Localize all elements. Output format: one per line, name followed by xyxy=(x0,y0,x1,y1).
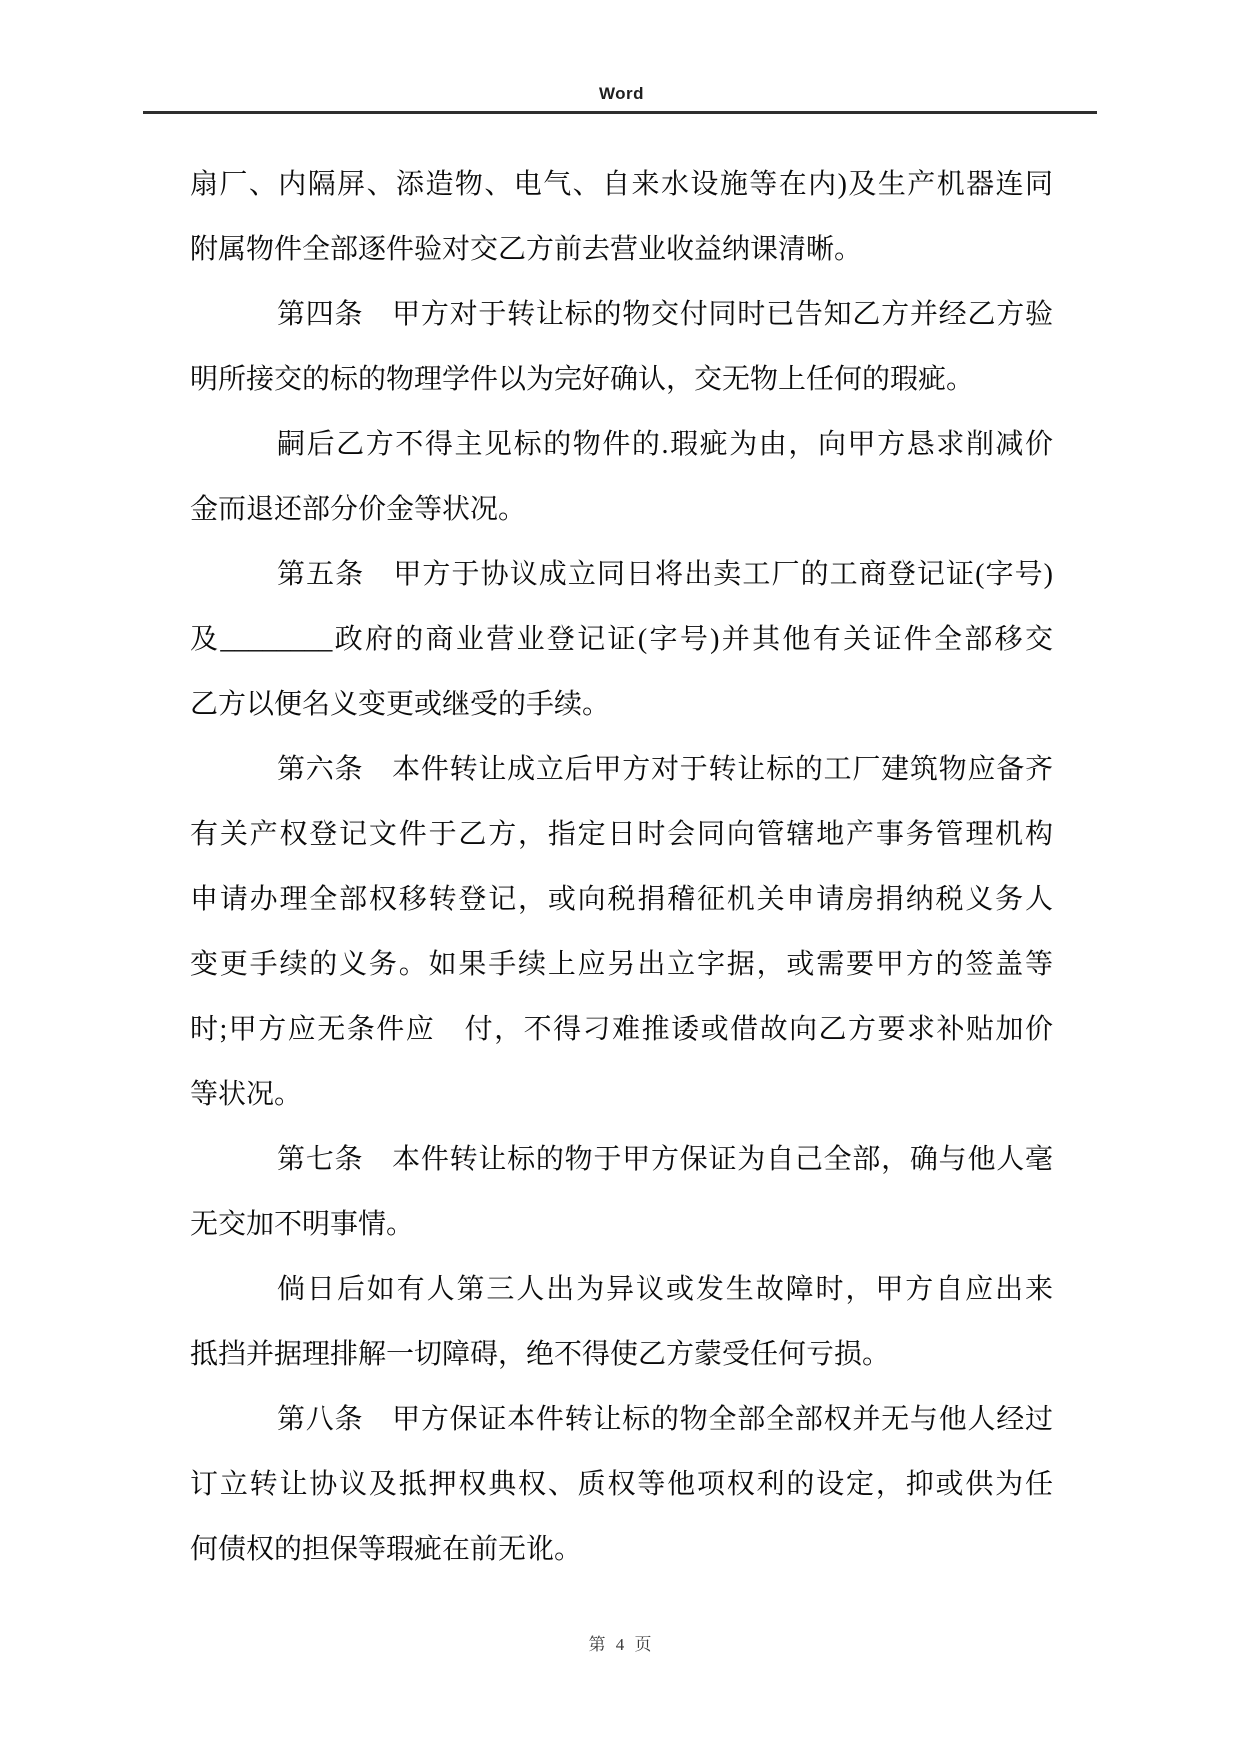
text-line: 变更手续的义务。如果手续上应另出立字据，或需要甲方的签盖等 xyxy=(190,932,1053,997)
text-line: 有关产权登记文件于乙方，指定日时会同向管辖地产事务管理机构 xyxy=(190,802,1053,867)
text-line: 何债权的担保等瑕疵在前无讹。 xyxy=(190,1517,1053,1582)
text-line: 倘日后如有人第三人出为异议或发生故障时，甲方自应出来 xyxy=(190,1257,1053,1322)
document-body: 扇厂、内隔屏、添造物、电气、自来水设施等在内)及生产机器连同附属物件全部逐件验对… xyxy=(190,152,1053,1582)
text-line: 等状况。 xyxy=(190,1062,1053,1127)
paragraph: 第五条 甲方于协议成立同日将出卖工厂的工商登记证(字号)及________政府的… xyxy=(190,542,1053,737)
text-line: 金而退还部分价金等状况。 xyxy=(190,477,1053,542)
text-line: 扇厂、内隔屏、添造物、电气、自来水设施等在内)及生产机器连同 xyxy=(190,152,1053,217)
text-line: 无交加不明事情。 xyxy=(190,1192,1053,1257)
text-line: 第七条 本件转让标的物于甲方保证为自己全部，确与他人毫 xyxy=(190,1127,1053,1192)
text-line: 明所接交的标的物理学件以为完好确认，交无物上任何的瑕疵。 xyxy=(190,347,1053,412)
text-line: 第六条 本件转让成立后甲方对于转让标的工厂建筑物应备齐 xyxy=(190,737,1053,802)
text-line: 申请办理全部权移转登记，或向税捐稽征机关申请房捐纳税义务人 xyxy=(190,867,1053,932)
page-number: 第 4 页 xyxy=(190,1630,1053,1655)
paragraph: 嗣后乙方不得主见标的物件的.瑕疵为由，向甲方恳求削减价金而退还部分价金等状况。 xyxy=(190,412,1053,542)
paragraph: 第八条 甲方保证本件转让标的物全部全部权并无与他人经过订立转让协议及抵押权典权、… xyxy=(190,1387,1053,1582)
header-divider xyxy=(143,111,1097,114)
word-header-label: Word xyxy=(190,84,1053,104)
text-line: 嗣后乙方不得主见标的物件的.瑕疵为由，向甲方恳求削减价 xyxy=(190,412,1053,477)
text-line: 附属物件全部逐件验对交乙方前去营业收益纳课清晰。 xyxy=(190,217,1053,282)
paragraph: 扇厂、内隔屏、添造物、电气、自来水设施等在内)及生产机器连同附属物件全部逐件验对… xyxy=(190,152,1053,282)
text-line: 抵挡并据理排解一切障碍，绝不得使乙方蒙受任何亏损。 xyxy=(190,1322,1053,1387)
paragraph: 第四条 甲方对于转让标的物交付同时已告知乙方并经乙方验明所接交的标的物理学件以为… xyxy=(190,282,1053,412)
text-line: 及________政府的商业营业登记证(字号)并其他有关证件全部移交 xyxy=(190,607,1053,672)
document-page: Word 扇厂、内隔屏、添造物、电气、自来水设施等在内)及生产机器连同附属物件全… xyxy=(0,0,1240,1753)
text-line: 第八条 甲方保证本件转让标的物全部全部权并无与他人经过 xyxy=(190,1387,1053,1452)
text-line: 时;甲方应无条件应 付，不得刁难推诿或借故向乙方要求补贴加价 xyxy=(190,997,1053,1062)
text-line: 第四条 甲方对于转让标的物交付同时已告知乙方并经乙方验 xyxy=(190,282,1053,347)
text-line: 订立转让协议及抵押权典权、质权等他项权利的设定，抑或供为任 xyxy=(190,1452,1053,1517)
text-line: 乙方以便名义变更或继受的手续。 xyxy=(190,672,1053,737)
paragraph: 倘日后如有人第三人出为异议或发生故障时，甲方自应出来抵挡并据理排解一切障碍，绝不… xyxy=(190,1257,1053,1387)
paragraph: 第六条 本件转让成立后甲方对于转让标的工厂建筑物应备齐有关产权登记文件于乙方，指… xyxy=(190,737,1053,1127)
text-line: 第五条 甲方于协议成立同日将出卖工厂的工商登记证(字号) xyxy=(190,542,1053,607)
paragraph: 第七条 本件转让标的物于甲方保证为自己全部，确与他人毫无交加不明事情。 xyxy=(190,1127,1053,1257)
